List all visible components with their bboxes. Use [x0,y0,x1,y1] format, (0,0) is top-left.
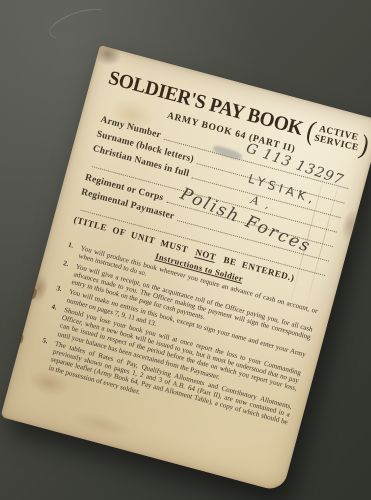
cover-content: SOLDIER'S PAY BOOK ( ACTIVE SERVICE ) AR… [0,45,371,492]
photo-backdrop: SOLDIER'S PAY BOOK ( ACTIVE SERVICE ) AR… [0,0,371,500]
background-scratch-mark [46,3,112,45]
title-qualifier: ACTIVE SERVICE [313,125,362,154]
pay-book-cover: SOLDIER'S PAY BOOK ( ACTIVE SERVICE ) AR… [0,45,371,492]
